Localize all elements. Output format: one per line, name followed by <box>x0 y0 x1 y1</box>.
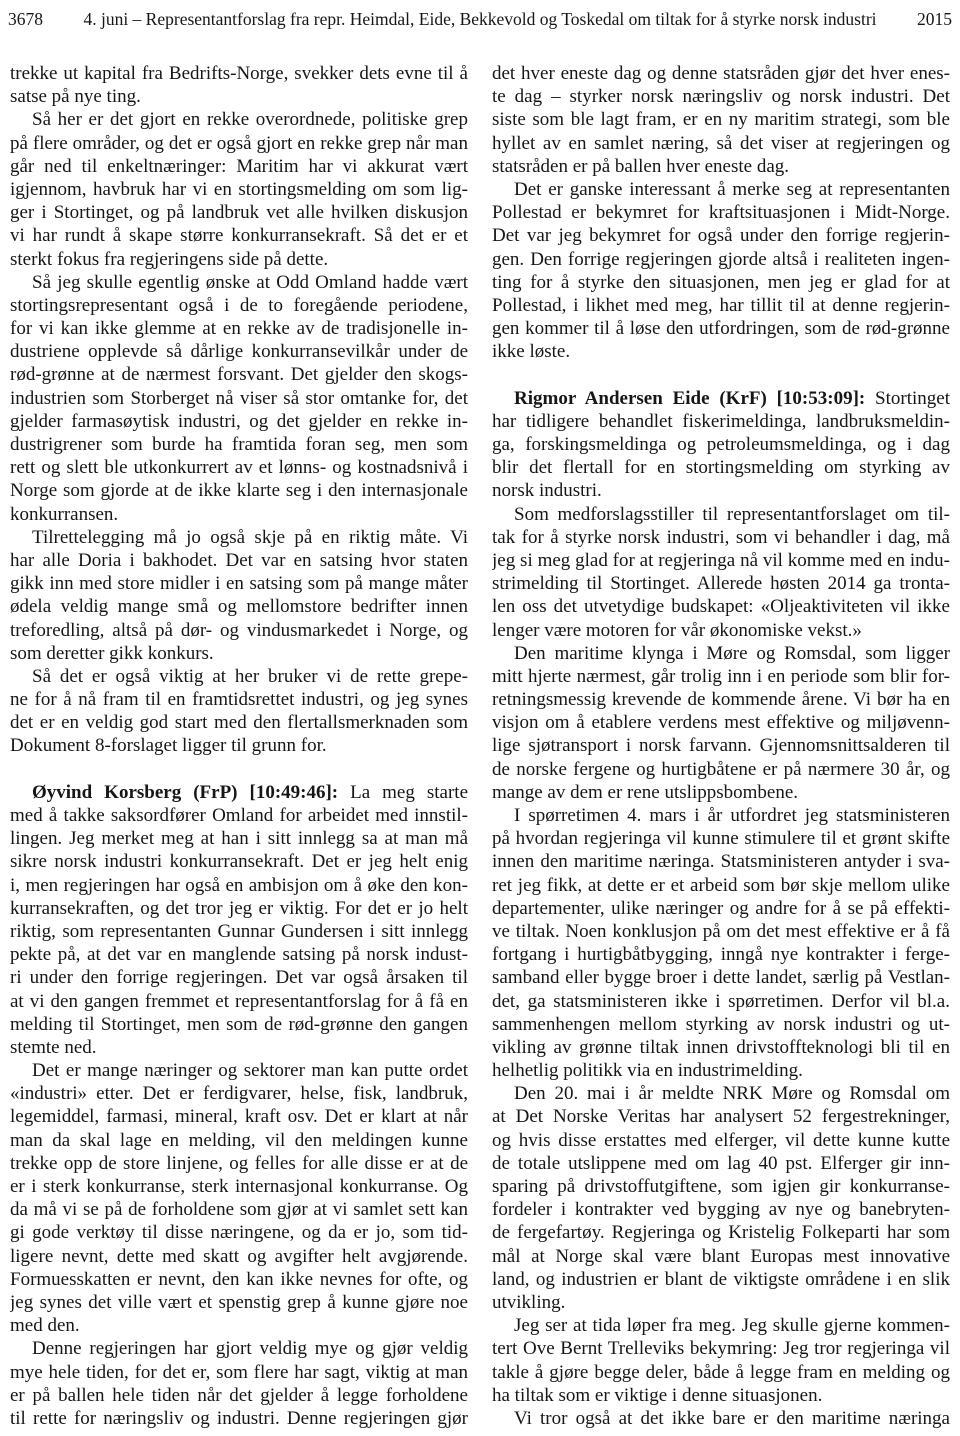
text-line: Så det er også viktig at her bruker vi d… <box>10 665 468 688</box>
text-line: Det er mange næringer og sektorer man ka… <box>10 1059 468 1082</box>
paragraph: Det er mange næringer og sektorer man ka… <box>10 1059 468 1337</box>
text-line: konkurransen. <box>10 503 468 526</box>
text-line: gen kommer til å løse den utfordringen, … <box>492 317 950 340</box>
header-year: 2015 <box>880 9 952 29</box>
text-line: dustrigrener som burde ha framtida foran… <box>10 433 468 456</box>
text-line: er på ballen hele tiden når det gjelder … <box>10 1384 468 1407</box>
text-line: ret jeg fikk, at dette er et arbeid som … <box>492 874 950 897</box>
text-line: Jeg ser at tida løper fra meg. Jeg skull… <box>492 1314 950 1337</box>
text-line: tert Ove Bernt Trelleviks bekymring: Jeg… <box>492 1337 950 1360</box>
text-line: har alle Doria i bakhodet. Det var en sa… <box>10 549 468 572</box>
text-line: pekte på, at det var en manglende satsin… <box>10 943 468 966</box>
text-line: ri under den forrige regjeringen. Det va… <box>10 966 468 989</box>
text-line: I spørretimen 4. mars i år utfordret jeg… <box>492 804 950 827</box>
document-page: 3678 4. juni – Representantforslag fra r… <box>0 0 960 1436</box>
text-line: Rigmor Andersen Eide (KrF) [10:53:09]: S… <box>492 387 950 410</box>
text-line: da må vi se på de forholdene som gjør at… <box>10 1198 468 1221</box>
text-line: gi gode verktøy til disse næringene, og … <box>10 1221 468 1244</box>
text-line: ting for å styrke den situasjonen, men j… <box>492 271 950 294</box>
text-line: rett og slett ble utkonkurrert av et løn… <box>10 456 468 479</box>
page-header: 3678 4. juni – Representantforslag fra r… <box>8 9 952 29</box>
text-line: på hvordan regjeringa vil kunne stimuler… <box>492 827 950 850</box>
text-line: len oss det utvetydige budskapet: «Oljea… <box>492 595 950 618</box>
text-line: tak for å styrke norsk industri, som vi … <box>492 526 950 549</box>
text-line: stemte ned. <box>10 1036 468 1059</box>
text-line: trekke ut kapital fra Bedrifts-Norge, sv… <box>10 62 468 85</box>
text-line: igjennom, havbruk har vi en stortingsmel… <box>10 178 468 201</box>
text-line: Tilrettelegging må jo også skje på en ri… <box>10 526 468 549</box>
paragraph: Som medforslagsstiller til representantf… <box>492 503 950 642</box>
text-line: helhetlig politikk via en industrimeldin… <box>492 1059 950 1082</box>
text-line: ha tiltak som er viktige i denne situasj… <box>492 1384 950 1407</box>
text-line: Norge som gjorde at de ikke klarte seg i… <box>10 479 468 502</box>
text-line: ve tiltak. Noen konklusjon på om det mes… <box>492 920 950 943</box>
text-line: er i sterk konkurranse, sterk internasjo… <box>10 1175 468 1198</box>
text-line: som deretter gikk konkurs. <box>10 642 468 665</box>
text-line: siste som ble lagt fram, er en ny mariti… <box>492 108 950 131</box>
text-line: statsråden er på ballen hver eneste dag. <box>492 155 950 178</box>
text-line: Det var jeg bekymret for også under den … <box>492 224 950 247</box>
text-line: rød-grønne at de nærmest forsvant. Det g… <box>10 363 468 386</box>
paragraph: Den 20. mai i år meldte NRK Møre og Roms… <box>492 1082 950 1314</box>
text-line: lingen. Jeg merket meg at han i sitt inn… <box>10 827 468 850</box>
text-line: sparing på drivstoffutgiftene, som igjen… <box>492 1175 950 1198</box>
column-left: trekke ut kapital fra Bedrifts-Norge, sv… <box>10 62 468 1434</box>
text-line: hyllet av en samlet næring, så det viser… <box>492 132 950 155</box>
text-line: melding til Stortinget, men som de rød-g… <box>10 1013 468 1036</box>
text-line: strimelding til Stortinget. Allerede høs… <box>492 572 950 595</box>
text-line: mye hele tiden, for det er, som flere ha… <box>10 1361 468 1384</box>
text-line: departementer, ulike næringer og andre f… <box>492 897 950 920</box>
text-line: de norske fergene og hurtigbåtene er på … <box>492 758 950 781</box>
text-line: sikre norsk industri konkurransekraft. D… <box>10 850 468 873</box>
text-line: Denne regjeringen har gjort veldig mye o… <box>10 1337 468 1360</box>
speech-paragraph: Rigmor Andersen Eide (KrF) [10:53:09]: S… <box>492 387 950 503</box>
paragraph: Jeg ser at tida løper fra meg. Jeg skull… <box>492 1314 950 1407</box>
text-line: for vi kan ikke glemme at en rekke av de… <box>10 317 468 340</box>
paragraph: Så det er også viktig at her bruker vi d… <box>10 665 468 758</box>
column-right: det hver eneste dag og denne statsråden … <box>492 62 950 1434</box>
text-line: Øyvind Korsberg (FrP) [10:49:46]: La meg… <box>10 781 468 804</box>
text-line: de totale utslippene med om lag 40 pst. … <box>492 1152 950 1175</box>
text-line: ne for å nå fram til en framtidsrettet i… <box>10 688 468 711</box>
text-line: mål at Norge skal være blant Europas mes… <box>492 1245 950 1268</box>
text-line: til rette for næringsliv og industri. De… <box>10 1407 468 1430</box>
text-line: de fergefartøy. Regjeringa og Kristelig … <box>492 1221 950 1244</box>
text-line: utvikling. <box>492 1291 950 1314</box>
speaker-label: Rigmor Andersen Eide (KrF) [10:53:09]: <box>514 388 865 409</box>
text-line: sammenhengen mellom styrking av norsk in… <box>492 1013 950 1036</box>
paragraph: Det er ganske interessant å merke seg at… <box>492 178 950 364</box>
paragraph: Tilrettelegging må jo også skje på en ri… <box>10 526 468 665</box>
text-line: legemiddel, farmasi, mineral, kraft osv.… <box>10 1105 468 1128</box>
text-line: gen. Den forrige regjeringen gjorde alts… <box>492 248 950 271</box>
text-line: blir det flertall for en stortingsmeldin… <box>492 456 950 479</box>
text-line: riktig, som representanten Gunnar Gunder… <box>10 920 468 943</box>
paragraph: Vi tror også at det ikke bare er den mar… <box>492 1407 950 1430</box>
text-columns: trekke ut kapital fra Bedrifts-Norge, sv… <box>10 62 950 1434</box>
text-line: gjelder farmasøytisk industri, og det gj… <box>10 410 468 433</box>
text-line: med den. <box>10 1314 468 1337</box>
text-line: «industri» etter. Det er ferdigvarer, he… <box>10 1082 468 1105</box>
paragraph: Den maritime klynga i Møre og Romsdal, s… <box>492 642 950 804</box>
text-line: vikling av grønne tiltak innen drivstoff… <box>492 1036 950 1059</box>
text-line: fordeler i kontrakter ved bygging av nye… <box>492 1198 950 1221</box>
text-line: og hvis disse erstattes med elferger, vi… <box>492 1129 950 1152</box>
text-line: vi har rundt å skape større konkurransek… <box>10 224 468 247</box>
text-line: land, og industrien er blant de viktigst… <box>492 1268 950 1291</box>
speech-paragraph: Øyvind Korsberg (FrP) [10:49:46]: La meg… <box>10 781 468 1059</box>
text-line: man da skal lage en melding, vil den mel… <box>10 1129 468 1152</box>
text-line: på flere områder, og det er også gjort e… <box>10 132 468 155</box>
page-number: 3678 <box>8 9 80 29</box>
text-line: kurransekraften, og det tror jeg er vikt… <box>10 897 468 920</box>
text-line: går ned til enkeltnæringer: Maritim har … <box>10 155 468 178</box>
text-line: Pollestad er bekymret for kraftsituasjon… <box>492 201 950 224</box>
text-line: det er en veldig god start med den flert… <box>10 711 468 734</box>
text-line: Dokument 8-forslaget ligger til grunn fo… <box>10 734 468 757</box>
text-line: fortgang i hurtigbåtbygging, inngå nye k… <box>492 943 950 966</box>
text-line: ikke løste. <box>492 340 950 363</box>
text-line: med å takke saksordfører Omland for arbe… <box>10 804 468 827</box>
text-line: ligere nevnt, dette med skatt og avgifte… <box>10 1245 468 1268</box>
paragraph: I spørretimen 4. mars i år utfordret jeg… <box>492 804 950 1082</box>
text-line: lige sjøtransport i norsk farvann. Gjenn… <box>492 734 950 757</box>
text-line: sterkt fokus fra regjeringens side på de… <box>10 248 468 271</box>
text-line: Så her er det gjort en rekke overordnede… <box>10 108 468 131</box>
text-line: at Det Norske Veritas har analysert 52 f… <box>492 1105 950 1128</box>
text-line: ødela veldig mange små og mellomstore be… <box>10 595 468 618</box>
text-line: lenger være motoren for vår økonomiske v… <box>492 619 950 642</box>
text-line: Formuesskatten er nevnt, den kan ikke ne… <box>10 1268 468 1291</box>
paragraph: Så jeg skulle egentlig ønske at Odd Omla… <box>10 271 468 526</box>
speaker-label: Øyvind Korsberg (FrP) [10:49:46]: <box>32 782 338 803</box>
text-line: Som medforslagsstiller til representantf… <box>492 503 950 526</box>
text-line: det hver eneste dag og denne statsråden … <box>492 62 950 85</box>
text-line: norsk industri. <box>492 479 950 502</box>
text-line: at vi den gangen fremmet et representant… <box>10 990 468 1013</box>
text-line: ga, forskingsmeldinga og petroleumsmeldi… <box>492 433 950 456</box>
text-line: gikk inn med store midler i en satsing s… <box>10 572 468 595</box>
text-line: trekke opp de store linjene, og felles f… <box>10 1152 468 1175</box>
text-line: Pollestad, i likhet med meg, har tillit … <box>492 294 950 317</box>
text-line: te dag – styrker norsk næringsliv og nor… <box>492 85 950 108</box>
text-line: industrien som Storberget nå viser så st… <box>10 387 468 410</box>
text-line: Den maritime klynga i Møre og Romsdal, s… <box>492 642 950 665</box>
text-line: Den 20. mai i år meldte NRK Møre og Roms… <box>492 1082 950 1105</box>
text-line: stortingsrepresentant også i de to foreg… <box>10 294 468 317</box>
paragraph: trekke ut kapital fra Bedrifts-Norge, sv… <box>10 62 468 108</box>
text-line: mitt hjerte nærmest, går trolig inn i en… <box>492 665 950 688</box>
text-line: jeg synes det ville vært et spenstig gre… <box>10 1291 468 1314</box>
text-line: takle å gjøre begge deler, både å legge … <box>492 1361 950 1384</box>
paragraph: det hver eneste dag og denne statsråden … <box>492 62 950 178</box>
text-line: Så jeg skulle egentlig ønske at Odd Omla… <box>10 271 468 294</box>
text-line: har tidligere behandlet fiskerimeldinga,… <box>492 410 950 433</box>
paragraph: Denne regjeringen har gjort veldig mye o… <box>10 1337 468 1430</box>
text-line: visjon om å etablere verdens mest effekt… <box>492 711 950 734</box>
text-line: ger i Stortinget, og på landbruk vet all… <box>10 201 468 224</box>
text-line: mange av dem er rene utslippsbombene. <box>492 781 950 804</box>
text-line: satse på nye ting. <box>10 85 468 108</box>
text-line: Det er ganske interessant å merke seg at… <box>492 178 950 201</box>
text-line: Vi tror også at det ikke bare er den mar… <box>492 1407 950 1430</box>
text-line: jeg si meg glad for at regjeringa nå vil… <box>492 549 950 572</box>
text-line: det, ga statsministeren ikke i spørretim… <box>492 990 950 1013</box>
text-line: i, men regjeringen har også en ambisjon … <box>10 874 468 897</box>
text-line: innen den maritime næringa. Statsministe… <box>492 850 950 873</box>
text-line: samband eller bygge broer i dette landet… <box>492 966 950 989</box>
text-line: retningsmessig krevende de kommende åren… <box>492 688 950 711</box>
header-title: 4. juni – Representantforslag fra repr. … <box>80 9 880 29</box>
text-line: treforedling, altså på dør- og vindusmar… <box>10 619 468 642</box>
paragraph: Så her er det gjort en rekke overordnede… <box>10 108 468 270</box>
text-line: dustriene opplevde så dårlige konkurrans… <box>10 340 468 363</box>
